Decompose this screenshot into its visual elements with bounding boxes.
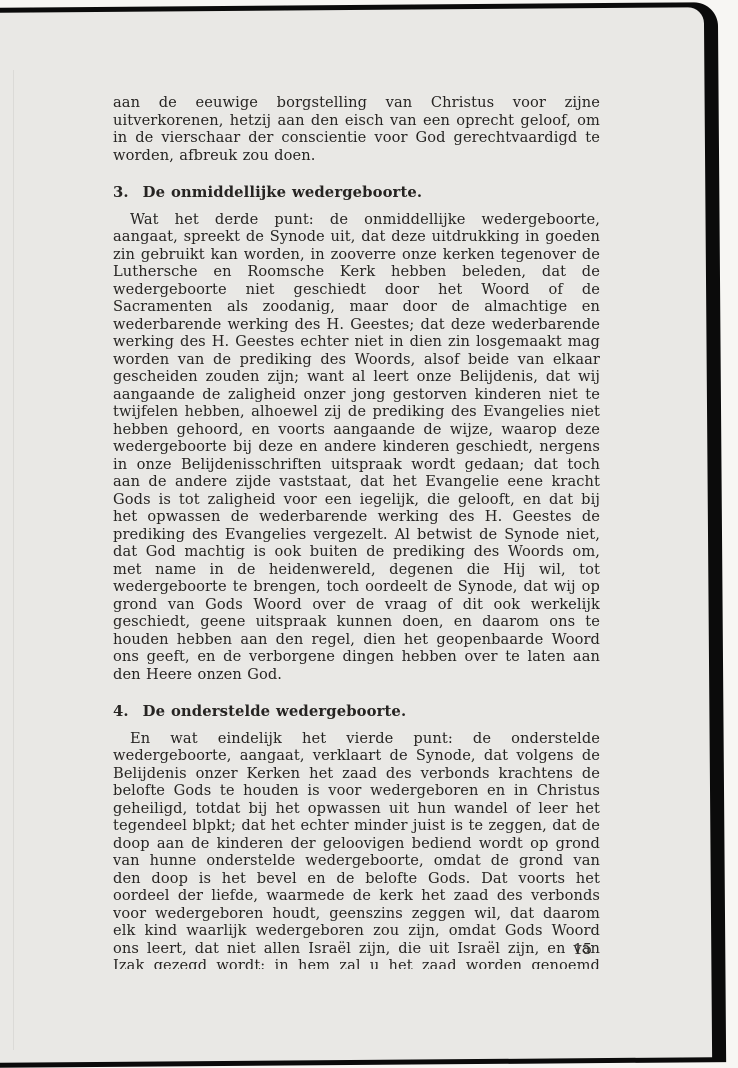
page-number: 15 xyxy=(113,941,600,958)
section-heading-3: 3.De onmiddellijke wedergeboorte. xyxy=(113,184,600,202)
section-4-body: En wat eindelijk het vierde punt: de ond… xyxy=(113,730,600,970)
section-3-body: Wat het derde punt: de onmiddellijke wed… xyxy=(113,211,600,684)
scanned-book-page-photo: aan de eeuwige borgstelling van Christus… xyxy=(0,0,738,1068)
intro-paragraph: aan de eeuwige borgstelling van Christus… xyxy=(113,94,600,164)
section-4-title: De onderstelde wedergeboorte. xyxy=(143,703,407,720)
section-3-title: De onmiddellijke wedergeboorte. xyxy=(143,184,423,201)
page-text-block: aan de eeuwige borgstelling van Christus… xyxy=(113,94,600,969)
section-4-number: 4. xyxy=(113,703,129,720)
section-3-number: 3. xyxy=(113,184,129,201)
page-crease-line xyxy=(13,70,14,1050)
section-heading-4: 4.De onderstelde wedergeboorte. xyxy=(113,703,600,721)
